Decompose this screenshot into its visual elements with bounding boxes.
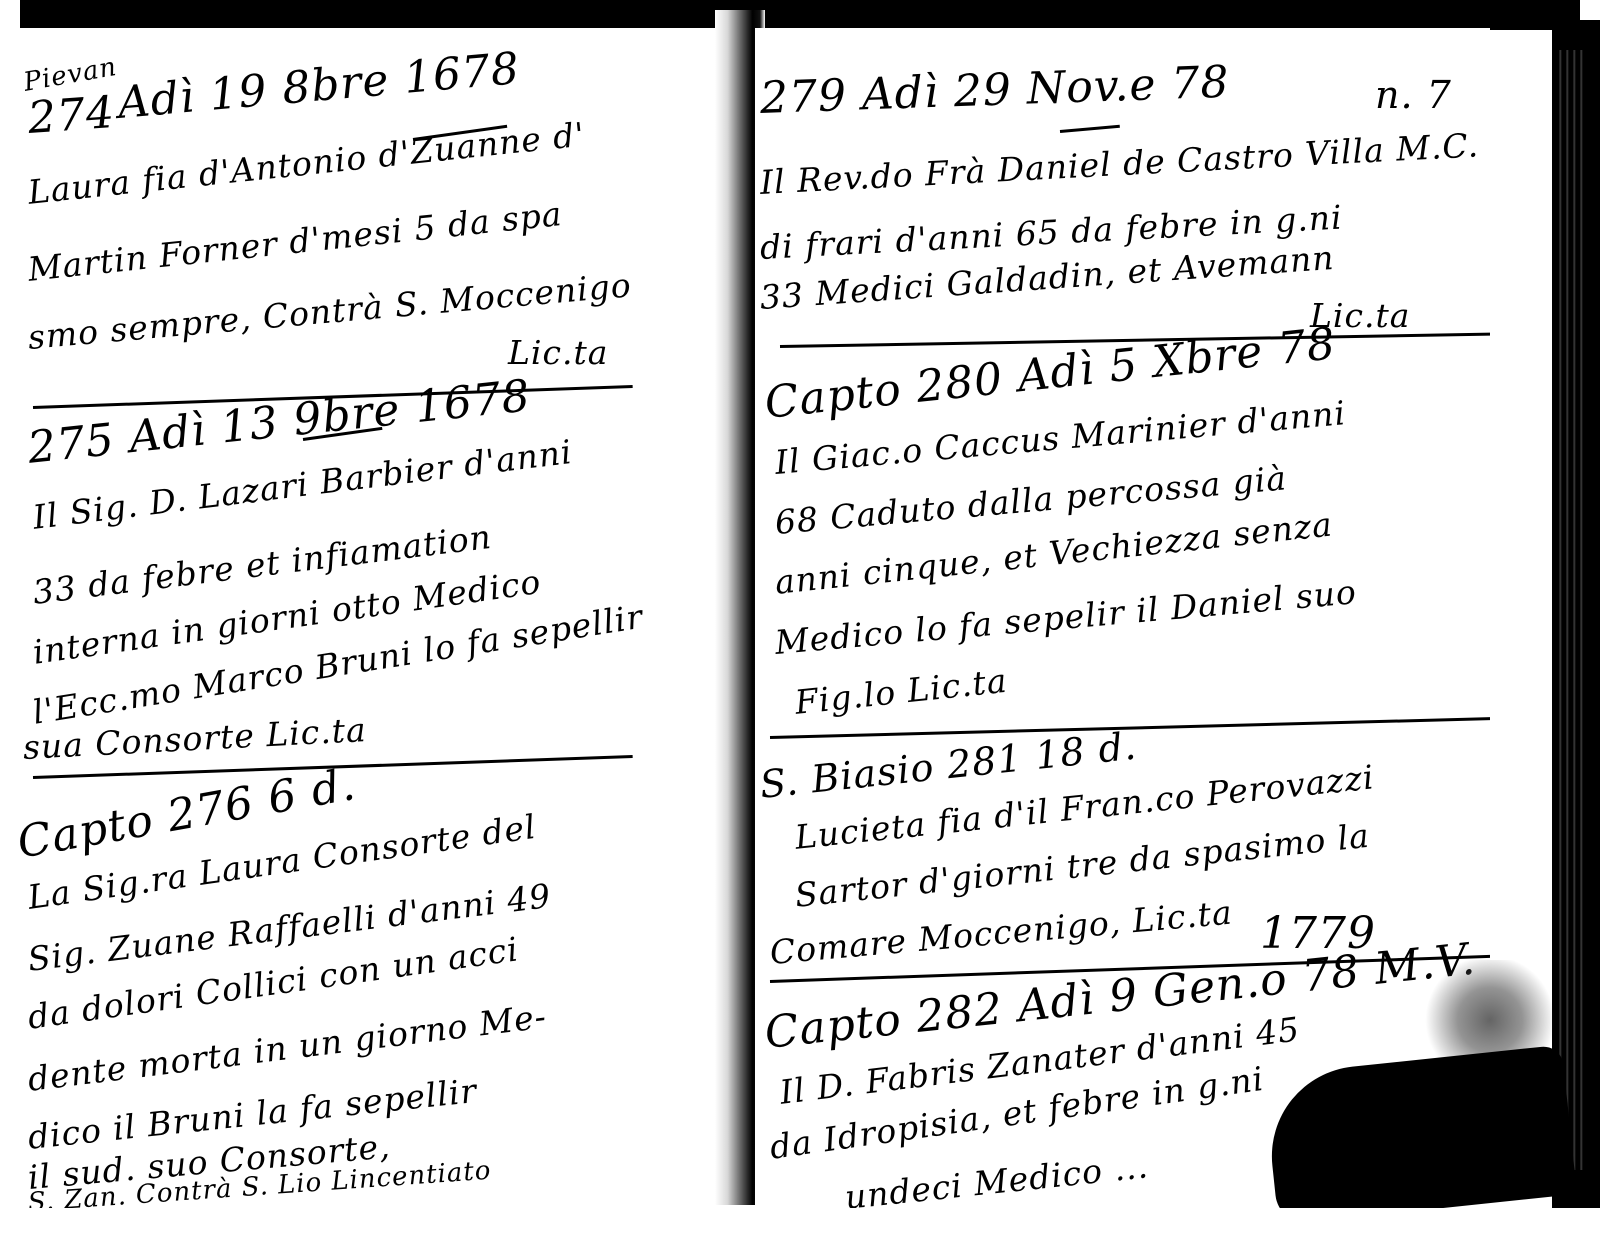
entry-date: Adì 19 8bre 1678 xyxy=(116,43,522,129)
entry-line: Fig.lo Lic.ta xyxy=(793,661,1009,722)
entry-line: Martin Forner d'mesi 5 da spa xyxy=(26,194,564,289)
right-page: 279 Adì 29 Nov.e 78 n. 7 Il Rev.do Frà D… xyxy=(755,28,1490,1208)
license-mark: Lic.ta xyxy=(508,333,608,372)
left-page: Pievan 274 Adì 19 8bre 1678 Laura fia d'… xyxy=(18,28,718,1208)
entry-header: 279 Adì 29 Nov.e 78 xyxy=(759,57,1230,124)
entry-line: undeci Medico ... xyxy=(843,1146,1150,1208)
scan-bottom-margin xyxy=(0,1208,1600,1258)
entry-number: 274 xyxy=(26,87,116,144)
scan-top-border xyxy=(20,0,1580,30)
corner-note: n. 7 xyxy=(1375,73,1452,117)
date-underline xyxy=(1060,125,1120,133)
entry-line: Il Rev.do Frà Daniel de Castro Villa M.C… xyxy=(759,125,1480,202)
